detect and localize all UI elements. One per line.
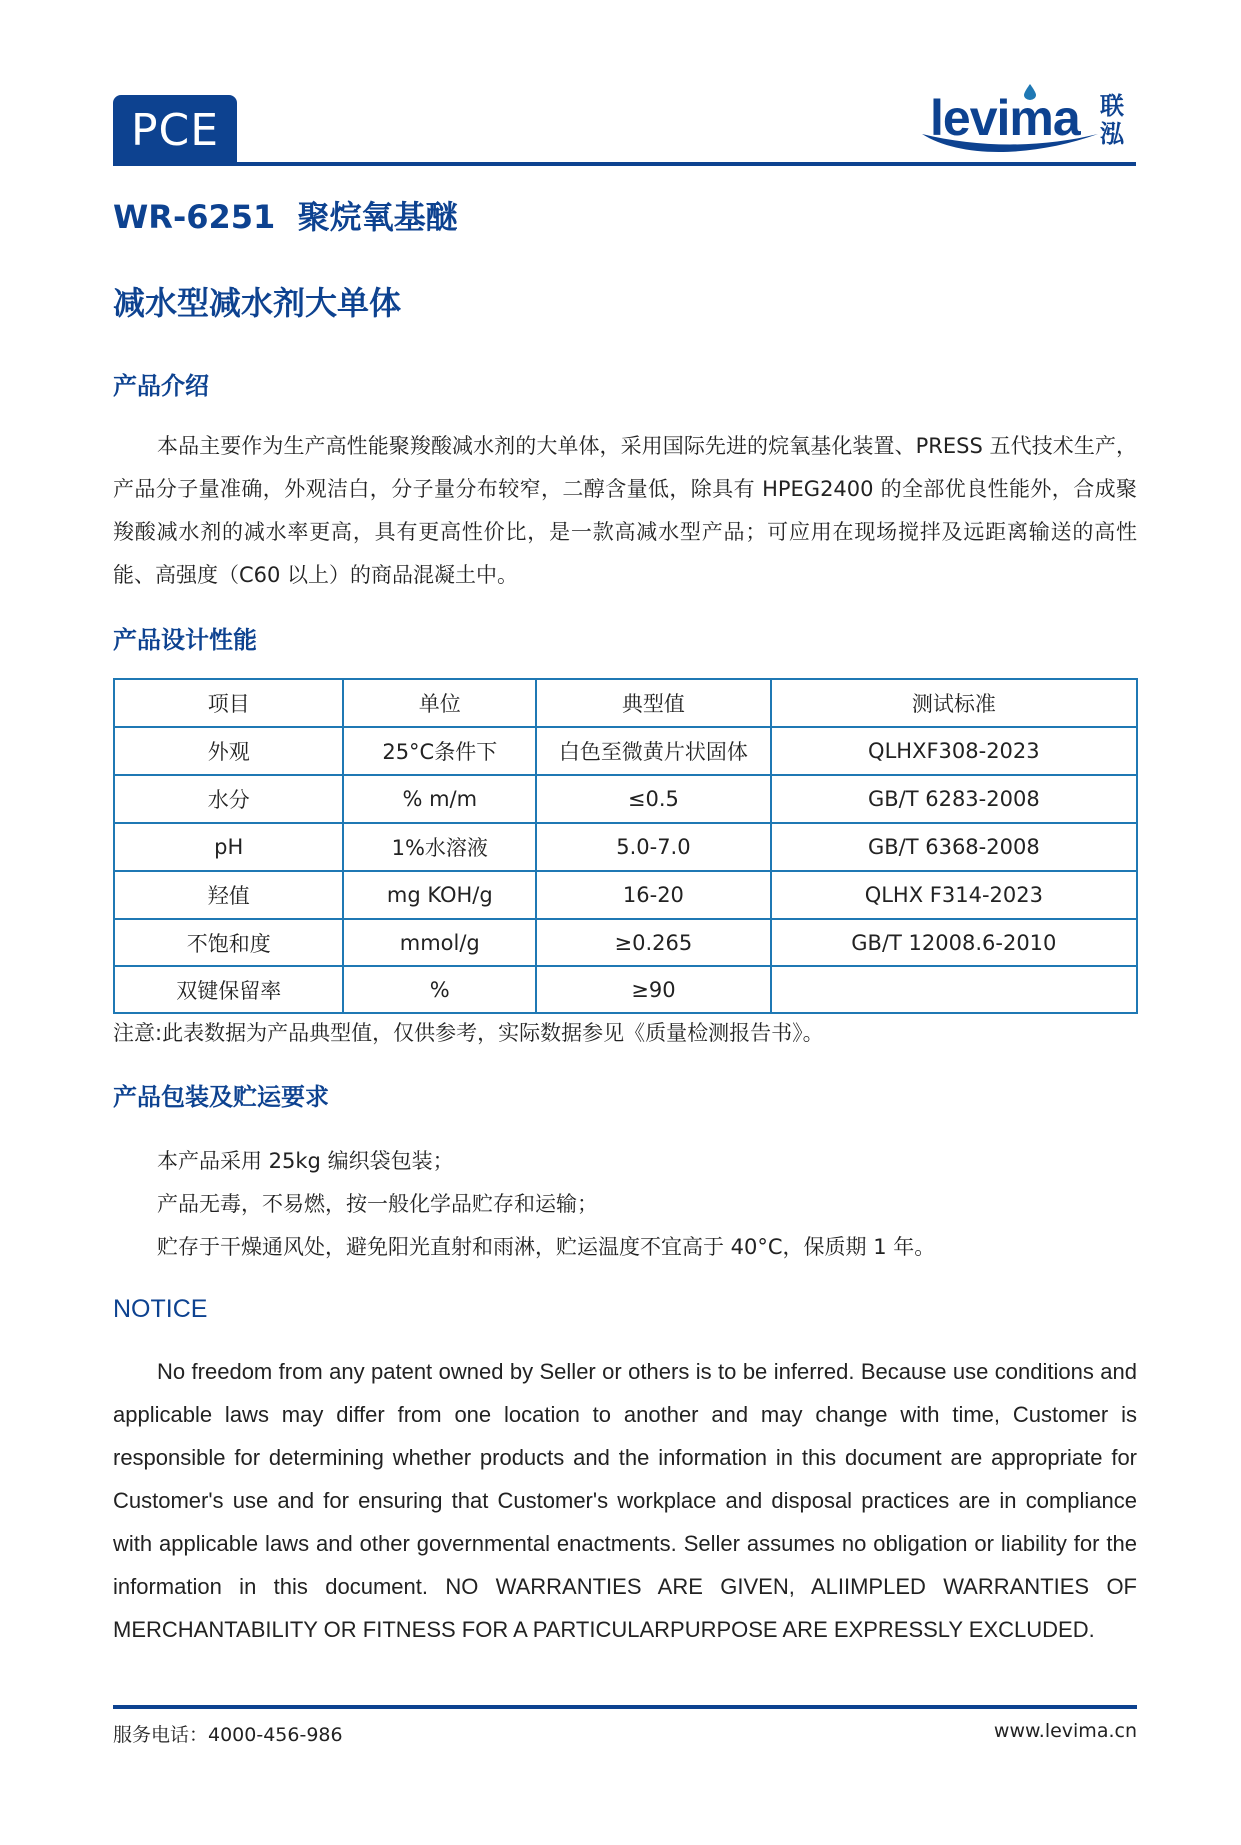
col-header-typical: 典型值 [536,679,771,727]
cell-standard: QLHXF308-2023 [771,727,1137,775]
cell-unit: % m/m [343,775,536,823]
spec-table: 项目 单位 典型值 测试标准 外观 25°C条件下 白色至微黄片状固体 QLHX… [113,678,1138,1014]
cell-typical: ≥0.265 [536,919,771,966]
product-category-tab: PCE [113,95,237,165]
cell-unit: % [343,966,536,1013]
category-label: PCE [131,105,219,156]
packaging-line: 产品无毒，不易燃，按一般化学品贮存和运输； [157,1188,598,1218]
packaging-heading: 产品包装及贮运要求 [113,1077,329,1112]
cell-standard: GB/T 6368-2008 [771,823,1137,871]
design-heading: 产品设计性能 [113,620,257,655]
product-title: WR-6251 聚烷氧基醚 [113,192,458,238]
logo-cn-char-2: 泓 [1100,120,1132,148]
cell-typical: 白色至微黄片状固体 [536,727,771,775]
cell-item: 水分 [114,775,343,823]
col-header-unit: 单位 [343,679,536,727]
product-subtitle: 减水型减水剂大单体 [113,278,401,324]
table-row: 羟值 mg KOH/g 16-20 QLHX F314-2023 [114,871,1137,919]
notice-paragraph: No freedom from any patent owned by Sell… [113,1350,1137,1651]
cell-unit: 1%水溶液 [343,823,536,871]
cell-standard: QLHX F314-2023 [771,871,1137,919]
cell-standard: GB/T 6283-2008 [771,775,1137,823]
cell-typical: ≤0.5 [536,775,771,823]
company-logo: levima 联 泓 [920,88,1140,160]
service-phone: 服务电话：4000-456-986 [113,1720,343,1747]
cell-item: 双键保留率 [114,966,343,1013]
packaging-line: 贮存于干燥通风处，避免阳光直射和雨淋，贮运温度不宜高于 40°C，保质期 1 年… [157,1231,935,1261]
intro-text: 本品主要作为生产高性能聚羧酸减水剂的大单体，采用国际先进的烷氧基化装置、PRES… [113,425,1137,597]
col-header-standard: 测试标准 [771,679,1137,727]
intro-heading: 产品介绍 [113,366,209,401]
col-header-item: 项目 [114,679,343,727]
logo-cn-char-1: 联 [1100,92,1132,120]
cell-standard: GB/T 12008.6-2010 [771,919,1137,966]
packaging-line: 本产品采用 25kg 编织袋包装； [157,1145,454,1175]
cell-item: 羟值 [114,871,343,919]
cell-item: 不饱和度 [114,919,343,966]
cell-unit: 25°C条件下 [343,727,536,775]
table-row: 双键保留率 % ≥90 [114,966,1137,1013]
cell-typical: 5.0-7.0 [536,823,771,871]
footer-rule [113,1705,1137,1709]
notice-text: No freedom from any patent owned by Sell… [113,1359,1137,1642]
cell-typical: ≥90 [536,966,771,1013]
intro-paragraph: 本品主要作为生产高性能聚羧酸减水剂的大单体，采用国际先进的烷氧基化装置、PRES… [113,425,1137,597]
table-row: pH 1%水溶液 5.0-7.0 GB/T 6368-2008 [114,823,1137,871]
website-link[interactable]: www.levima.cn [994,1720,1137,1742]
table-row: 不饱和度 mmol/g ≥0.265 GB/T 12008.6-2010 [114,919,1137,966]
header-rule [113,162,1136,166]
logo-chinese: 联 泓 [1100,92,1132,148]
table-row: 水分 % m/m ≤0.5 GB/T 6283-2008 [114,775,1137,823]
cell-unit: mmol/g [343,919,536,966]
cell-standard [771,966,1137,1013]
notice-heading: NOTICE [113,1295,207,1324]
cell-item: 外观 [114,727,343,775]
table-note: 注意:此表数据为产品典型值，仅供参考，实际数据参见《质量检测报告书》。 [113,1017,824,1047]
cell-typical: 16-20 [536,871,771,919]
cell-item: pH [114,823,343,871]
table-header-row: 项目 单位 典型值 测试标准 [114,679,1137,727]
table-row: 外观 25°C条件下 白色至微黄片状固体 QLHXF308-2023 [114,727,1137,775]
logo-wordmark: levima [930,88,1080,148]
cell-unit: mg KOH/g [343,871,536,919]
